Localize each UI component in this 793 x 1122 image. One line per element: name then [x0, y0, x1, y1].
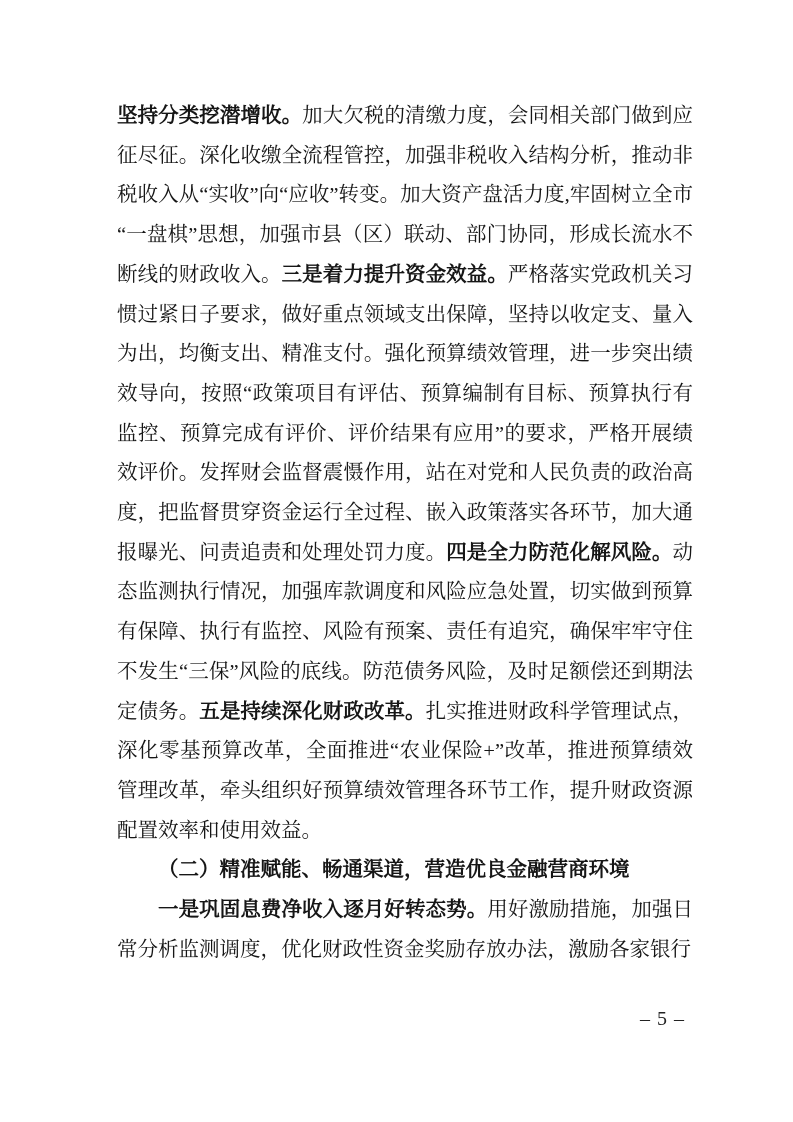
bold-run-fifth-point: 五是持续深化财政改革。	[199, 701, 425, 723]
bold-run-first-point: 一是巩固息费净收入逐月好转态势。	[158, 899, 487, 921]
section-heading-2: （二）精准赋能、畅通渠道，营造优良金融营商环境	[117, 851, 693, 891]
text-run: 动态监测执行情况，加强库款调度和风险应急处置，切实做到预算有保障、执行有监控、风…	[117, 542, 693, 723]
bold-run-third-point: 三是着力提升资金效益。	[282, 264, 508, 286]
bold-run-fourth-point: 四是全力防范化解风险。	[446, 542, 672, 564]
document-body: 坚持分类挖潜增收。加大欠税的清缴力度，会同相关部门做到应征尽征。深化收缴全流程管…	[117, 97, 693, 970]
bold-run-classified-revenue: 坚持分类挖潜增收。	[117, 105, 302, 127]
text-run: 加大欠税的清缴力度，会同相关部门做到应征尽征。深化收缴全流程管控，加强非税收入结…	[117, 105, 693, 286]
paragraph-finance-environment: 一是巩固息费净收入逐月好转态势。用好激励措施，加强日常分析监测调度，优化财政性资…	[117, 891, 693, 970]
document-page: 坚持分类挖潜增收。加大欠税的清缴力度，会同相关部门做到应征尽征。深化收缴全流程管…	[0, 0, 793, 1122]
text-run: 严格落实党政机关习惯过紧日子要求，做好重点领域支出保障，坚持以收定支、量入为出，…	[117, 264, 693, 564]
page-number: – 5 –	[640, 1008, 685, 1031]
paragraph-fiscal-measures: 坚持分类挖潜增收。加大欠税的清缴力度，会同相关部门做到应征尽征。深化收缴全流程管…	[117, 97, 693, 851]
